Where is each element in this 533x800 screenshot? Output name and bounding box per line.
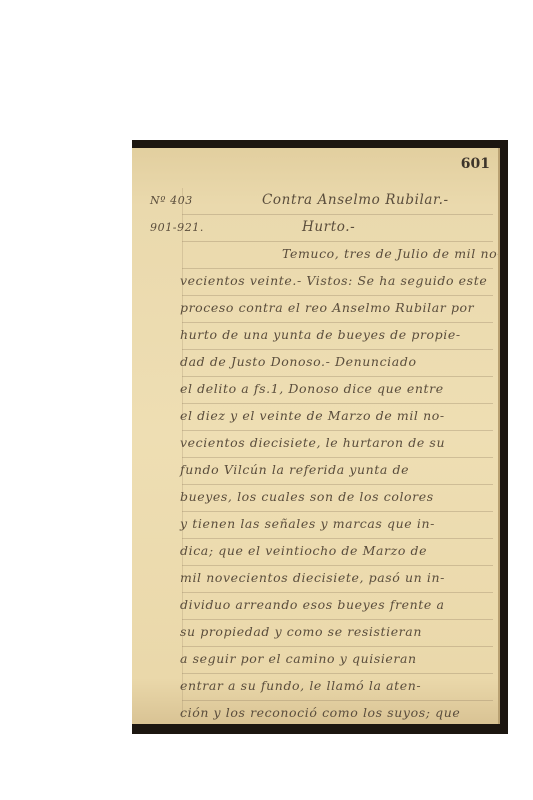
title-line-1: Contra Anselmo Rubilar.- <box>262 192 449 208</box>
body-line: bueyes, los cuales son de los colores <box>180 489 434 504</box>
margin-note-number: Nº 403 <box>150 194 193 207</box>
body-line: a seguir por el camino y quisieran <box>180 651 417 666</box>
body-line: y tienen las señales y marcas que in- <box>180 516 435 531</box>
body-line: proceso contra el reo Anselmo Rubilar po… <box>180 300 474 315</box>
body-line: entrar a su fundo, le llamó la aten- <box>180 678 421 693</box>
body-line: Temuco, tres de Julio de mil no- <box>282 246 500 261</box>
body-line: dica; que el veintiocho de Marzo de <box>180 543 427 558</box>
body-line: vecientos diecisiete, le hurtaron de su <box>180 435 445 450</box>
body-line: vecientos veinte.- Vistos: Se ha seguido… <box>180 273 487 288</box>
body-line: el delito a fs.1, Donoso dice que entre <box>180 381 444 396</box>
body-line: fundo Vilcún la referida yunta de <box>180 462 409 477</box>
page-edge <box>498 148 500 724</box>
page-number: 601 <box>461 156 490 172</box>
body-line: hurto de una yunta de bueyes de propie- <box>180 327 461 342</box>
body-line: dad de Justo Donoso.- Denunciado <box>180 354 417 369</box>
body-line: el diez y el veinte de Marzo de mil no- <box>180 408 445 423</box>
body-line: ción y los reconoció como los suyos; que <box>180 705 460 720</box>
body-line: mil novecientos diecisiete, pasó un in- <box>180 570 445 585</box>
scanned-page-frame: 601 Nº 403 Contra Anselmo Rubilar.- 901-… <box>132 140 508 734</box>
body-line: dividuo arreando esos bueyes frente a <box>180 597 445 612</box>
title-line-2: Hurto.- <box>302 219 355 235</box>
margin-note-folios: 901-921. <box>150 221 204 234</box>
ledger-page: 601 Nº 403 Contra Anselmo Rubilar.- 901-… <box>132 148 500 724</box>
body-line: su propiedad y como se resistieran <box>180 624 422 639</box>
